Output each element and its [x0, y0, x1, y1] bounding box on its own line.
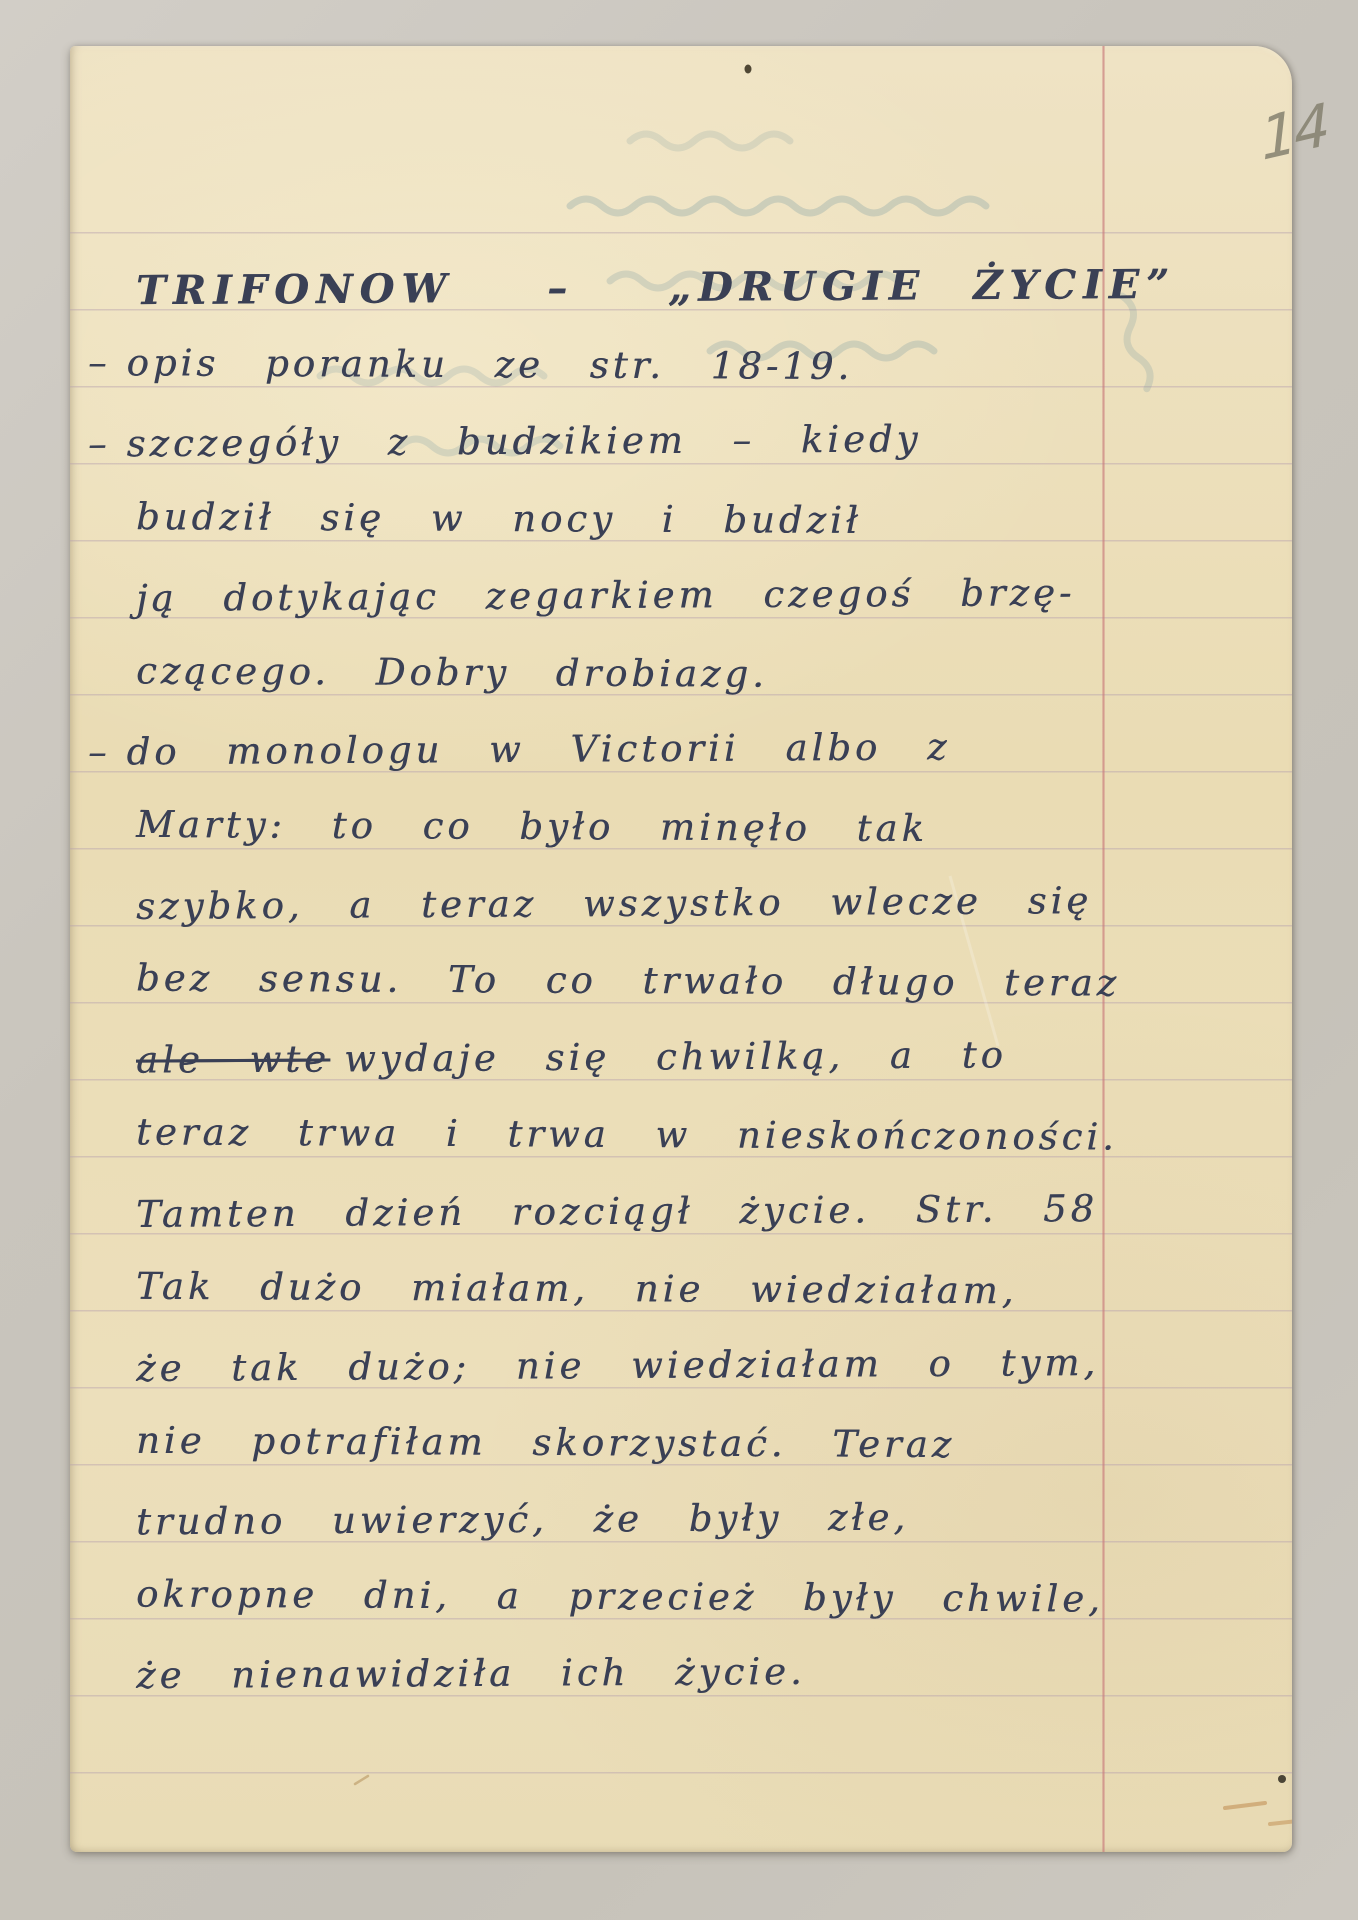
line-text: że nienawidziła ich życie. [136, 1650, 806, 1697]
line-text: szybko, a teraz wszystko wlecze się [136, 879, 1092, 928]
handwritten-line: Tamten dzień rozciągł życie. Str. 58 [136, 1183, 1098, 1243]
handwritten-line: –szczegóły z budzikiem – kiedy [88, 413, 922, 472]
line-text: czącego. Dobry drobiazg. [136, 649, 768, 695]
handwritten-line: szybko, a teraz wszystko wlecze się [136, 875, 1093, 935]
handwritten-line: bez sensu. To co trwało długo teraz [136, 952, 1120, 1011]
line-text: budził się w nocy i budził [136, 495, 862, 542]
pencil-page-number: 14 [1258, 90, 1329, 174]
handwritten-line: że tak dużo; nie wiedziałam o tym, [136, 1337, 1099, 1397]
handwritten-line: budził się w nocy i budził [136, 491, 862, 549]
bullet-dash: – [88, 341, 111, 384]
notebook-page: TRIFONOW – „DRUGIE ŻYCIE”–opis poranku z… [70, 46, 1292, 1852]
line-text: wydaje się chwilką, a to [344, 1033, 1007, 1080]
handwritten-line: trudno uwierzyć, że były złe, [136, 1492, 909, 1551]
line-text: że tak dużo; nie wiedziałam o tym, [136, 1341, 1099, 1390]
struck-text: ale wte [136, 1037, 330, 1081]
bullet-dash: – [88, 730, 111, 773]
line-text: Tamten dzień rozciągł życie. Str. 58 [136, 1187, 1098, 1236]
handwritten-line: że nienawidziła ich życie. [136, 1646, 806, 1704]
line-text: okropne dni, a przecież były chwile, [136, 1572, 1104, 1620]
scan-backdrop: TRIFONOW – „DRUGIE ŻYCIE”–opis poranku z… [0, 0, 1358, 1920]
handwritten-line: czącego. Dobry drobiazg. [136, 645, 768, 702]
line-text: ją dotykając zegarkiem czegoś brzę- [136, 571, 1076, 620]
line-text: bez sensu. To co trwało długo teraz [136, 956, 1120, 1004]
bullet-dash: – [88, 422, 111, 465]
line-text: trudno uwierzyć, że były złe, [136, 1496, 909, 1544]
line-text: opis poranku ze str. 18-19. [126, 341, 853, 388]
handwritten-line: –opis poranku ze str. 18-19. [88, 337, 853, 395]
line-text: teraz trwa i trwa w nieskończoności. [136, 1110, 1118, 1158]
handwriting-block: TRIFONOW – „DRUGIE ŻYCIE”–opis poranku z… [70, 46, 1292, 1852]
handwritten-line: okropne dni, a przecież były chwile, [136, 1568, 1104, 1627]
line-text: Marty: to co było minęło tak [136, 803, 928, 850]
handwritten-line: nie potrafiłam skorzystać. Teraz [136, 1415, 955, 1473]
handwritten-line: Tak dużo miałam, nie wiedziałam, [136, 1261, 1018, 1320]
line-text: szczegóły z budzikiem – kiedy [126, 417, 921, 465]
line-text: Tak dużo miałam, nie wiedziałam, [136, 1265, 1018, 1313]
scanned-page-view: { "document": { "page_number": "14", "li… [0, 0, 1358, 1920]
handwritten-line: ale wtewydaje się chwilką, a to [136, 1029, 1007, 1088]
line-text: do monologu w Victorii albo z [126, 725, 950, 773]
line-text: nie potrafiłam skorzystać. Teraz [136, 1419, 955, 1466]
title-line: TRIFONOW – „DRUGIE ŻYCIE” [136, 259, 1177, 319]
handwritten-line: Marty: to co było minęło tak [136, 799, 928, 857]
handwritten-line: teraz trwa i trwa w nieskończoności. [136, 1106, 1118, 1165]
handwritten-line: ją dotykając zegarkiem czegoś brzę- [136, 567, 1076, 627]
handwritten-line: –do monologu w Victorii albo z [88, 721, 951, 780]
line-text: TRIFONOW – „DRUGIE ŻYCIE” [136, 261, 1176, 314]
